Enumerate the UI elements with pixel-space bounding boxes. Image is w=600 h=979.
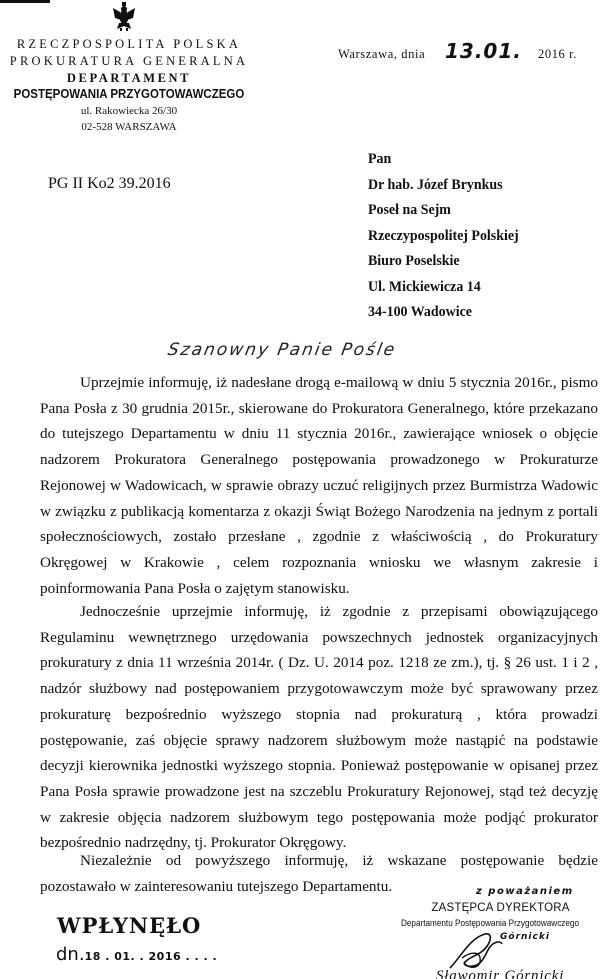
recipient-line: Biuro Poselskie (368, 249, 519, 275)
recipient-line: Rzeczypospolitej Polskiej (368, 224, 519, 250)
stamp-date-value: 18 . 01. . 2016 . . . . (85, 950, 218, 963)
body-paragraph: Jednocześnie uprzejmie informuję, iż zgo… (40, 599, 598, 856)
date-prefix: Warszawa, dnia (338, 47, 425, 62)
polish-eagle-icon (111, 2, 137, 32)
recipient-line: 34-100 Wadowice (368, 300, 519, 326)
scan-mark (0, 0, 50, 3)
handwritten-salutation: Szanowny Panie Pośle (166, 340, 398, 360)
recipient-line: Ul. Mickiewicza 14 (368, 275, 519, 301)
date-year: 2016 r. (538, 47, 577, 62)
reference-number: PG II Ko2 39.2016 (48, 175, 171, 193)
signature-handwritten-greeting: z poważaniem (476, 886, 574, 897)
stamp-date-prefix: dn. (56, 944, 85, 965)
header-address-city: 02-528 WARSZAWA (0, 121, 258, 133)
signature-title: ZASTĘPCA DYREKTORA (408, 902, 593, 914)
header-department: DEPARTAMENT (0, 71, 258, 86)
body-paragraph: Uprzejmie informuję, iż nadesłane drogą … (40, 370, 598, 601)
received-stamp-date: dn.18 . 01. . 2016 . . . . (56, 944, 217, 965)
recipient-block: Pan Dr hab. Józef Brynkus Poseł na Sejm … (368, 147, 519, 326)
header-country: RZECZPOSPOLITA POLSKA (0, 37, 258, 52)
header-institution: PROKURATURA GENERALNA (0, 54, 258, 69)
header-address-street: ul. Rakowiecka 26/30 (0, 105, 258, 117)
signature-handwritten-name: Górnicki (500, 932, 550, 942)
date-handwritten: 13.01. (445, 39, 522, 63)
recipient-line: Pan (368, 147, 519, 173)
recipient-line: Poseł na Sejm (368, 198, 519, 224)
signatory-name: Sławomir Górnicki (436, 968, 564, 979)
recipient-line: Dr hab. Józef Brynkus (368, 173, 519, 199)
header-department-name: POSTĘPOWANIA PRZYGOTOWAWCZEGO (10, 87, 247, 101)
received-stamp-title: WPŁYNĘŁO (57, 913, 201, 938)
